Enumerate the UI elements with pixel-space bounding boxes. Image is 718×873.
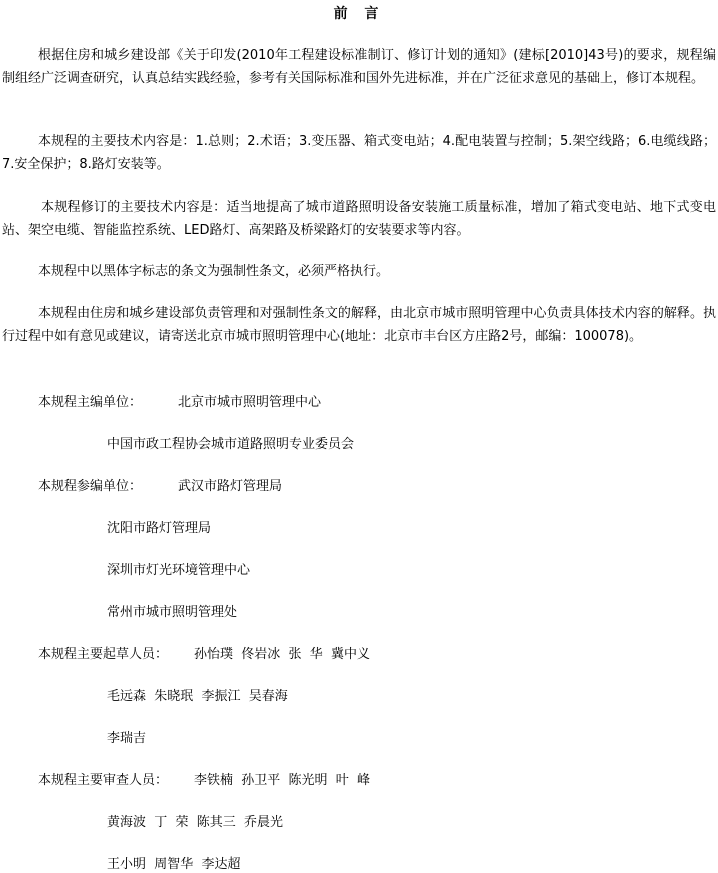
chief-editor-unit: 北京市城市照明管理中心 bbox=[178, 393, 321, 413]
participating-unit: 沈阳市路灯管理局 bbox=[107, 519, 211, 539]
drafters-names: 孙怡璞 佟岩冰 张 华 冀中义 bbox=[194, 645, 370, 665]
reviewers-row: 本规程主要审查人员： 李铁楠 孙卫平 陈光明 叶 峰 bbox=[38, 771, 168, 791]
chief-editor-unit: 中国市政工程协会城市道路照明专业委员会 bbox=[107, 435, 354, 455]
participating-editors-row: 本规程参编单位： 武汉市路灯管理局 bbox=[38, 477, 142, 497]
reviewers-label: 本规程主要审查人员： bbox=[38, 771, 168, 791]
drafters-row: 本规程主要起草人员： 孙怡璞 佟岩冰 张 华 冀中义 bbox=[38, 645, 168, 665]
participating-unit: 常州市城市照明管理处 bbox=[107, 603, 237, 623]
drafters-label: 本规程主要起草人员： bbox=[38, 645, 168, 665]
chief-editors-label: 本规程主编单位： bbox=[38, 393, 142, 413]
participating-unit: 武汉市路灯管理局 bbox=[178, 477, 282, 497]
paragraph-basis: 根据住房和城乡建设部《关于印发(2010年工程建设标准制订、修订计划的通知》(建… bbox=[2, 45, 716, 90]
drafters-names: 李瑞吉 bbox=[107, 729, 146, 749]
reviewers-names: 李铁楠 孙卫平 陈光明 叶 峰 bbox=[194, 771, 370, 791]
participating-editors-label: 本规程参编单位： bbox=[38, 477, 142, 497]
drafters-names: 毛远森 朱晓珉 李振江 吴春海 bbox=[107, 687, 288, 707]
reviewers-names: 王小明 周智华 李达超 bbox=[107, 855, 241, 873]
chief-editors-row: 本规程主编单位： 北京市城市照明管理中心 bbox=[38, 393, 142, 413]
paragraph-main-content: 本规程的主要技术内容是：1.总则；2.术语；3.变压器、箱式变电站；4.配电装置… bbox=[2, 131, 716, 176]
page-title: 前 言 bbox=[0, 4, 718, 24]
paragraph-administration: 本规程由住房和城乡建设部负责管理和对强制性条文的解释，由北京市城市照明管理中心负… bbox=[2, 303, 716, 348]
paragraph-revision-content: 本规程修订的主要技术内容是：适当地提高了城市道路照明设备安装施工质量标准，增加了… bbox=[2, 197, 716, 242]
paragraph-mandatory-clauses: 本规程中以黑体字标志的条文为强制性条文，必须严格执行。 bbox=[2, 261, 716, 284]
participating-unit: 深圳市灯光环境管理中心 bbox=[107, 561, 250, 581]
reviewers-names: 黄海波 丁 荣 陈其三 乔晨光 bbox=[107, 813, 283, 833]
